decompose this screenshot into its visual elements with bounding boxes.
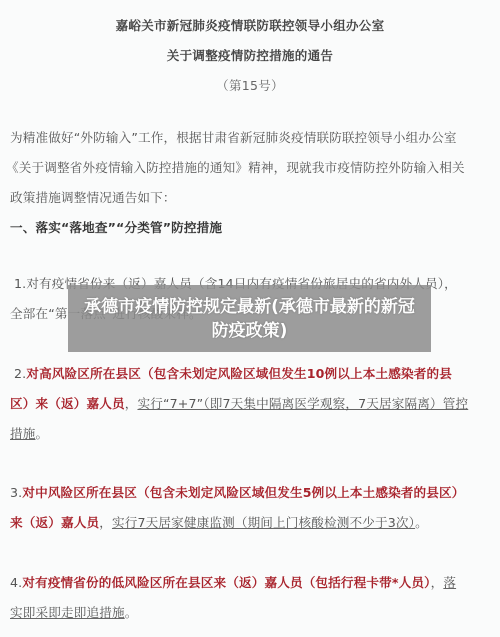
item-4-red-text: 对有疫情省份的低风险区所在县区来（返）嘉人员（包括行程卡带*人员） [22,575,430,590]
separator: ， [431,575,444,590]
period: 。 [36,426,49,441]
separator: ， [99,515,112,530]
item-2-line-2: 区）来（返）嘉人员，实行“7+7”（即7天集中隔离医学观察，7天居家隔离）管控 [10,393,495,412]
period: 。 [415,515,428,530]
period: 。 [125,605,138,620]
item-2-line-3: 措施。 [10,423,495,442]
item-4-line-2: 实即采即走即追措施。 [10,602,495,621]
item-2-line-1: 2.对高风险区所在县区（包含未划定风险区域但发生10例以上本土感染者的县 [14,363,499,382]
item-4-line-1: 4.对有疫情省份的低风险区所在县区来（返）嘉人员（包括行程卡带*人员），落 [10,572,495,591]
intro-line-2: 《关于调整省外疫情输入防控措施的通知》精神，现就我市疫情防控外防输入相关 [6,157,491,176]
section-heading-1: 一、落实“落地查”“分类管”防控措施 [10,217,495,236]
item-3-red-text-2: 来（返）嘉人员 [10,515,99,530]
article-title[interactable]: 承德市疫情防控规定最新(承德市最新的新冠防疫政策) [80,295,420,343]
separator: ， [125,396,138,411]
item-2-red-text: 对高风险区所在县区（包含未划定风险区域但发生10例以上本土感染者的县 [26,366,452,381]
item-2-number: 2. [14,366,26,381]
issuing-office: 嘉峪关市新冠肺炎疫情联防联控领导小组办公室 [0,16,500,34]
item-3-red-text: 对中风险区所在县区（包含未划定风险区域但发生5例以上本土感染者的县区） [22,485,464,500]
item-4-measure: 实即采即走即追措施 [10,605,125,620]
intro-line-1: 为精准做好“外防输入”工作，根据甘肃省新冠肺炎疫情联防联控领导小组办公室 [10,127,495,146]
item-3-measure: 实行7天居家健康监测（期间上门核酸检测不少于3次） [112,515,415,530]
item-2-measure-end: 措施 [10,426,36,441]
item-4-number: 4. [10,575,22,590]
item-3-number: 3. [10,485,22,500]
intro-line-3: 政策措施调整情况通告如下： [10,187,495,206]
item-3-line-2: 来（返）嘉人员，实行7天居家健康监测（期间上门核酸检测不少于3次）。 [10,512,495,531]
item-4-measure-start: 落 [443,575,456,590]
item-2-measure: 实行“7+7”（即7天集中隔离医学观察，7天居家隔离）管控 [137,396,468,411]
item-3-line-1: 3.对中风险区所在县区（包含未划定风险区域但发生5例以上本土感染者的县区） [10,482,495,501]
notice-number: （第15号） [0,76,500,94]
item-2-red-text-2: 区）来（返）嘉人员 [10,396,125,411]
notice-title: 关于调整疫情防控措施的通告 [0,46,500,64]
article-title-overlay[interactable]: 承德市疫情防控规定最新(承德市最新的新冠防疫政策) [68,285,431,352]
